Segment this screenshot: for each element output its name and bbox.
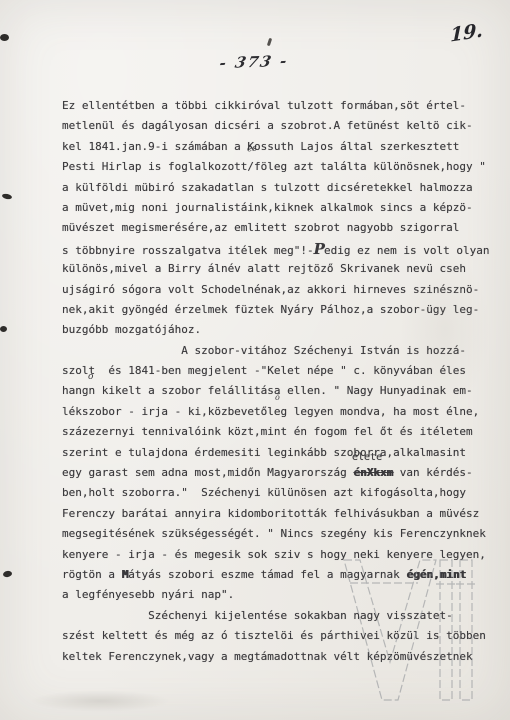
text-line: százezernyi tennivalóink közt,mint én fo… [62,422,492,442]
typed-insert-elete: élete [352,452,382,463]
text-line: buzgóbb mozgatójához. [62,320,492,340]
text-line: különös,mivel a Birry álnév alatt rejtöz… [62,259,492,279]
text-line: a müvet,mig noni journalistáink,kiknek a… [62,198,492,218]
text-line: kel 1841.jan.9-i számában a Kossuth Lajo… [62,137,492,157]
text-line: Ferenczy barátai annyira kidomboritották… [62,504,492,524]
text-line: szerint e tulajdona érdemesiti leginkább… [62,443,492,463]
ink-speck [267,38,272,47]
text-line: lékszobor - irja - ki,közbevetőleg legye… [62,402,492,422]
text-line: egy garast sem adna most,midőn Magyarors… [62,463,492,483]
handwritten-insert-o: o [88,372,93,382]
ink-speck [3,570,13,577]
folio-number: 19. [450,19,483,47]
text-line: nek,akit gyöngéd érzelmek füztek Nyáry P… [62,300,492,320]
paper-stain [30,690,170,712]
document-page: 19. - 373 - Ez ellentétben a többi cikki… [0,0,510,720]
text-line: Ez ellentétben a többi cikkiróval tulzot… [62,96,492,116]
text-line: Pesti Hirlap is foglalkozott/föleg azt t… [62,157,492,177]
text-line: ujságiró sógora volt Schodelnénak,az akk… [62,280,492,300]
ink-speck [0,34,9,41]
ink-speck [0,326,7,332]
text-line: szolt és 1841-ben megjelent -"Kelet népe… [62,361,492,381]
text-line: a külföldi mübiró szakadatlan s tulzott … [62,178,492,198]
text-line: metlenül és dagályosan dicséri a szobrot… [62,116,492,136]
handwritten-insert-es: és [247,144,258,155]
text-line: müvészet megismerésére,az emlitett szobr… [62,218,492,238]
text-line: megsegitésének szükségességét. " Nincs s… [62,524,492,544]
ink-speck [2,193,13,200]
page-number: - 373 - [218,52,291,72]
text-line: ben,holt szoborra." Széchenyi külünösen … [62,483,492,503]
text-line: s többnyire rosszalgatva itélek meg"!-Pe… [62,239,492,259]
watermark-vii-outline [336,550,486,710]
text-line: A szobor-vitához Széchenyi István is hoz… [62,341,492,361]
handwritten-insert-o2: ő [275,393,280,402]
